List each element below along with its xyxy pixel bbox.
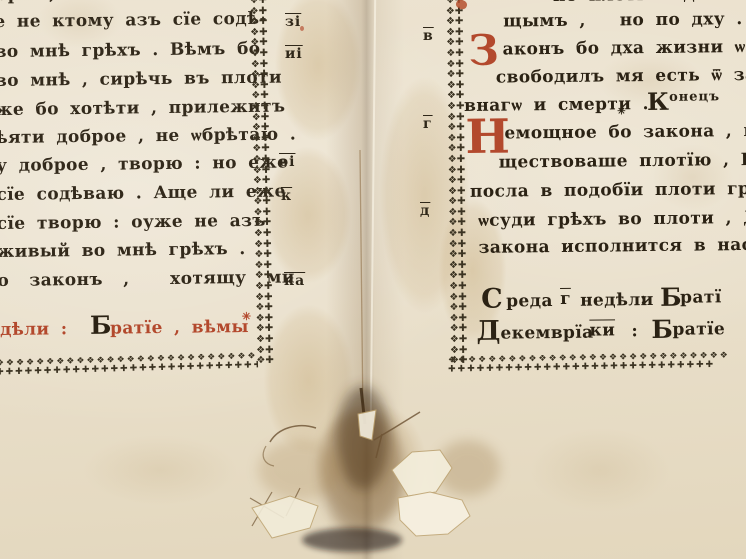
rubric-initial: С — [481, 286, 503, 313]
margin-verse-number: д — [420, 203, 430, 219]
margin-verse-number: в — [423, 28, 434, 44]
rubric-initial: Д — [476, 318, 500, 345]
text-line: ществоваше плотїю , Бгъ — [499, 150, 746, 175]
red-ink-speck — [300, 26, 304, 31]
konets-word: онецъ — [669, 89, 720, 112]
rubric-initial: Б — [651, 317, 673, 342]
book-pages: орю , хвалю законъ якѡ е не ктому азъ сї… — [0, 0, 746, 559]
rubric-initial: Б — [660, 285, 682, 310]
right-page-text: по плоти ходя щымъ , но по дху . З аконъ… — [0, 0, 746, 559]
margin-verse-number: г — [423, 116, 433, 132]
text-line: аконъ бо дха жизни ѡ — [502, 37, 745, 62]
rubric-week-number: г — [560, 289, 571, 311]
rubric-text: екемврїа — [500, 323, 593, 346]
ornate-initial-red: З — [468, 30, 499, 72]
text-line: посла в подобїи плоти грѣха — [470, 179, 746, 204]
text-line: емощное бо закона , в н — [504, 121, 746, 146]
book-photo: орю , хвалю законъ якѡ е не ктому азъ сї… — [0, 0, 746, 559]
konets-initial: К — [647, 90, 669, 114]
rubric-text: реда — [506, 291, 553, 313]
right-partial-line: по плоти ходя — [553, 0, 708, 8]
rubric-text: ратї — [680, 287, 722, 309]
rubric-colon: : — [640, 289, 647, 311]
rubric-colon: : — [631, 321, 638, 343]
text-line: щымъ , но по дху . — [503, 9, 743, 34]
text-line: свободилъ мя есть ѿ за — [496, 65, 746, 90]
text-line: ѡсуди грѣхъ во плоти , Д — [478, 208, 746, 233]
rubric-text: ратїе — [672, 319, 725, 342]
rubric-date-number: ки — [589, 320, 615, 342]
text-line: закона исполнится в насъ , — [478, 235, 746, 260]
